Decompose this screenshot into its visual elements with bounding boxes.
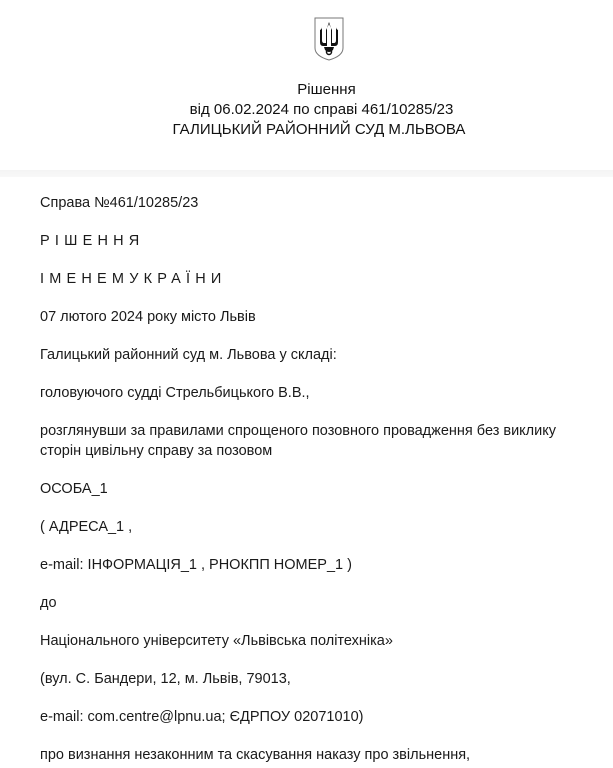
plaintiff-contacts: e-mail: ІНФОРМАЦІЯ_1 , РНОКПП НОМЕР_1 ) [40,555,600,575]
ukraine-coat-of-arms-icon [313,16,345,62]
court-name: ГАЛИЦЬКИЙ РАЙОННИЙ СУД М.ЛЬВОВА [0,120,613,140]
case-number: Справа №461/10285/23 [40,193,600,213]
plaintiff-address: ( АДРЕСА_1 , [40,517,600,537]
court-composition: Галицький районний суд м. Львова у склад… [40,345,600,365]
plaintiff-name: ОСОБА_1 [40,479,600,499]
against-label: до [40,593,600,613]
defendant-contacts: e-mail: com.centre@lpnu.ua; ЄДРПОУ 02071… [40,707,600,727]
decision-subtitle: від 06.02.2024 по справі 461/10285/23 [0,100,613,120]
claim-subject: про визнання незаконним та скасування на… [40,745,600,765]
date-place: 07 лютого 2024 року місто Львів [40,307,600,327]
document-body: Справа №461/10285/23 РІШЕННЯ ІМЕНЕМУКРАЇ… [0,177,613,765]
defendant-name: Національного університету «Львівська по… [40,631,600,651]
decision-title: Рішення [0,80,613,100]
decision-heading: РІШЕННЯ [40,231,600,251]
in-the-name-of-ukraine: ІМЕНЕМУКРАЇНИ [40,269,600,289]
procedure-description: розглянувши за правилами спрощеного позо… [40,421,600,461]
presiding-judge: головуючого судді Стрельбицького В.В., [40,383,600,403]
defendant-address: (вул. С. Бандери, 12, м. Львів, 79013, [40,669,600,689]
section-divider [0,170,613,177]
document-header: Рішення від 06.02.2024 по справі 461/102… [0,0,613,170]
